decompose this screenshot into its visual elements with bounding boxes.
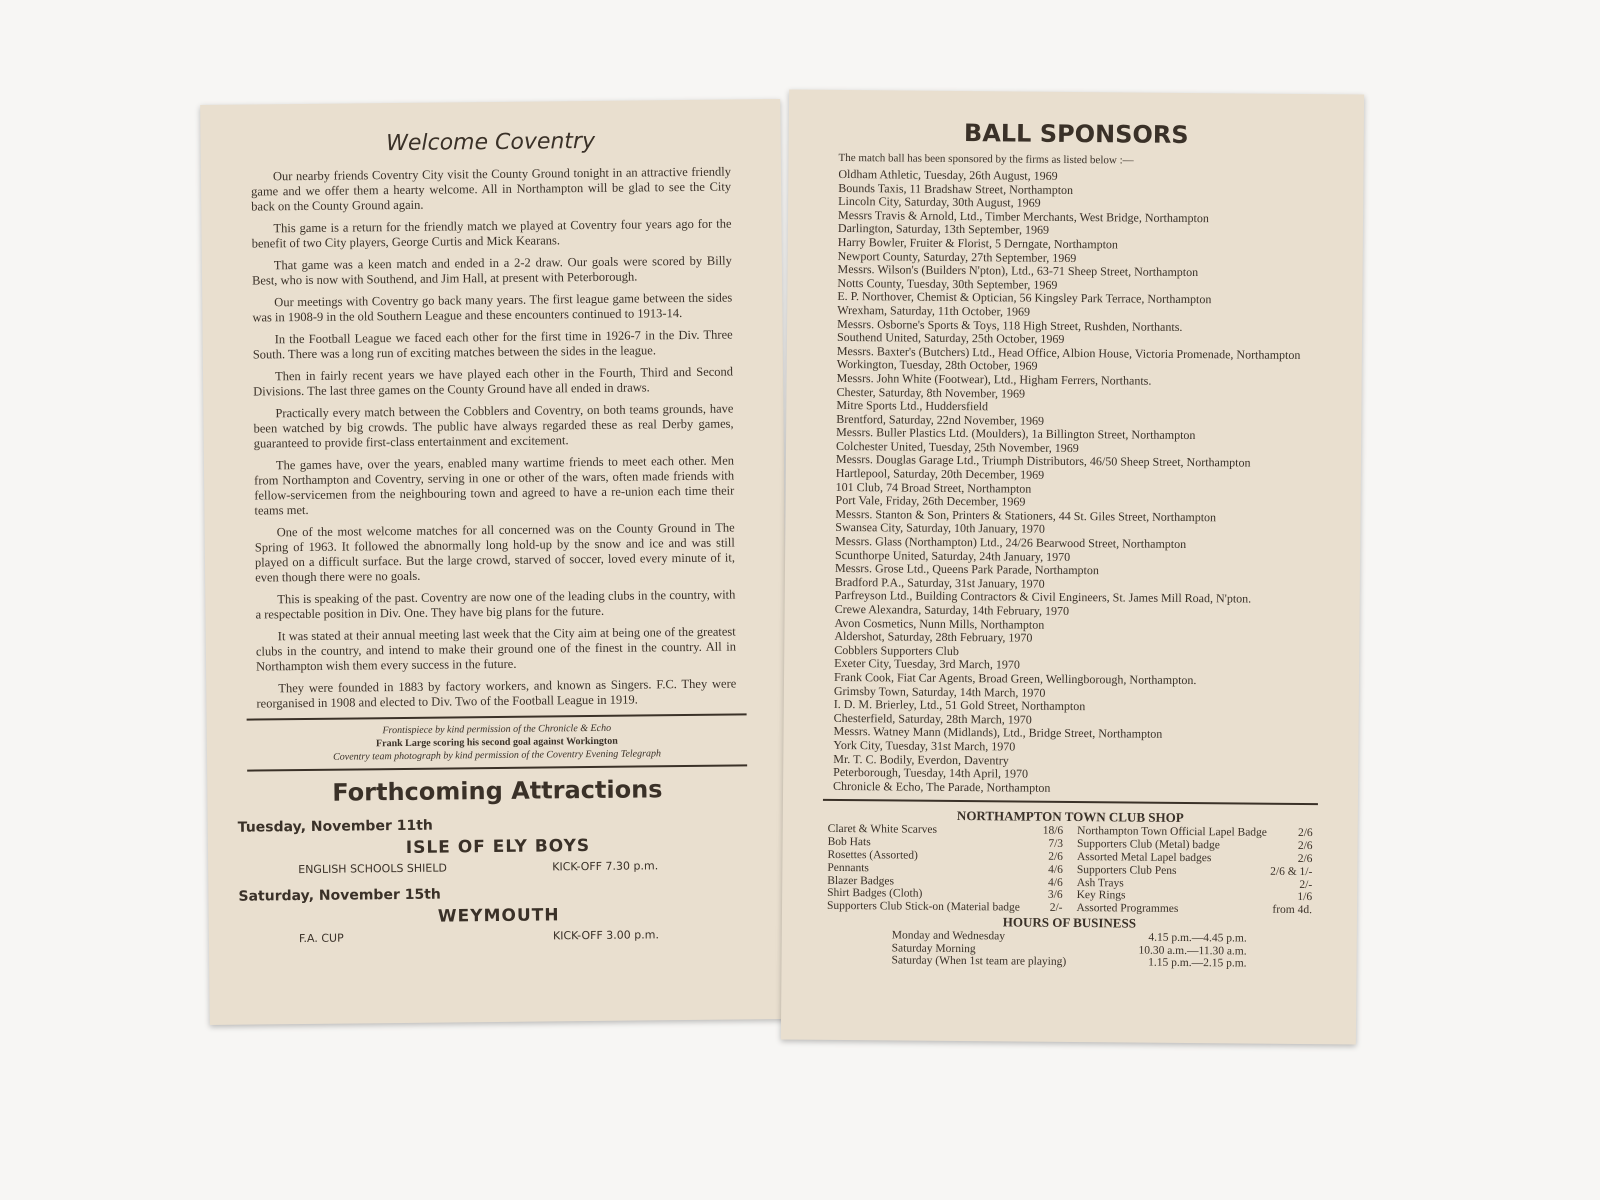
item-price: 2/6 (1298, 827, 1313, 840)
article-paragraph: Our nearby friends Coventry City visit t… (201, 164, 781, 215)
event-competition: ENGLISH SCHOOLS SHIELD (298, 862, 447, 877)
sponsor-line: Chronicle & Echo, The Parade, Northampto… (833, 780, 1308, 798)
hours-day: Saturday Morning (892, 942, 976, 956)
item-name: Supporters Club Pens (1077, 864, 1177, 878)
event-competition: F.A. CUP (299, 932, 344, 945)
item-price: 2/6 (1298, 853, 1313, 866)
sponsors-title: BALL SPONSORS (789, 118, 1364, 151)
article-paragraph: Our meetings with Coventry go back many … (202, 290, 782, 326)
hours-time: 10.30 a.m.—11.30 a.m. (1138, 944, 1246, 958)
article-paragraph: In the Football League we faced each oth… (203, 327, 783, 363)
sponsors-list: Oldham Athletic, Tuesday, 26th August, 1… (783, 168, 1363, 798)
item-name: Shirt Badges (Cloth) (827, 887, 922, 901)
event-date: Tuesday, November 11th (238, 814, 788, 836)
left-page: Welcome Coventry Our nearby friends Cove… (200, 99, 790, 1025)
item-price: 3/6 (1048, 889, 1063, 902)
item-price: 7/3 (1048, 838, 1063, 851)
item-name: Ash Trays (1077, 877, 1124, 890)
divider (247, 713, 747, 720)
article-paragraph: They were founded in 1883 by factory wor… (206, 676, 786, 712)
article-paragraph: That game was a keen match and ended in … (202, 253, 782, 289)
item-price: 2/6 (1048, 851, 1063, 864)
event-kickoff: KICK-OFF 7.30 p.m. (552, 859, 658, 873)
item-price: 4/6 (1048, 864, 1063, 877)
attractions-title: Forthcoming Attractions (207, 774, 787, 808)
divider (247, 764, 747, 771)
event-date: Saturday, November 15th (238, 883, 788, 905)
article-paragraph: Then in fairly recent years we have play… (203, 364, 783, 400)
hours-time: 4.15 p.m.—4.45 p.m. (1148, 932, 1246, 946)
item-name: Assorted Metal Lapel badges (1077, 851, 1212, 865)
item-name: Claret & White Scarves (828, 823, 937, 837)
welcome-article: Our nearby friends Coventry City visit t… (201, 164, 787, 712)
item-price: 2/- (1299, 878, 1312, 891)
hours-list: Monday and Wednesday4.15 p.m.—4.45 p.m.S… (782, 928, 1357, 971)
hours-time: 1.15 p.m.—2.15 p.m. (1148, 957, 1246, 971)
divider (823, 799, 1318, 805)
item-name: Supporters Club Stick-on (Material badge (827, 900, 1020, 914)
item-name: Key Rings (1077, 889, 1126, 902)
item-name: Blazer Badges (827, 874, 894, 887)
event-kickoff: KICK-OFF 3.00 p.m. (553, 928, 659, 942)
item-name: Pennants (827, 862, 869, 875)
event-details: F.A. CUPKICK-OFF 3.00 p.m. (209, 923, 789, 954)
hours-day: Monday and Wednesday (892, 929, 1005, 943)
article-paragraph: This game is a return for the friendly m… (201, 216, 781, 252)
photo-credits: Frontispiece by kind permission of the C… (207, 721, 787, 764)
events-list: Tuesday, November 11thISLE OF ELY BOYSEN… (208, 814, 789, 954)
item-name: Supporters Club (Metal) badge (1077, 838, 1220, 852)
event-details: ENGLISH SCHOOLS SHIELDKICK-OFF 7.30 p.m. (208, 854, 788, 885)
right-page: BALL SPONSORS The match ball has been sp… (781, 90, 1364, 1045)
article-paragraph: One of the most welcome matches for all … (205, 520, 786, 586)
item-price: 2/6 & 1/- (1270, 865, 1312, 878)
sponsors-intro: The match ball has been sponsored by the… (789, 152, 1364, 169)
article-paragraph: It was stated at their annual meeting la… (206, 624, 786, 675)
item-name: Assorted Programmes (1076, 902, 1178, 916)
article-paragraph: Practically every match between the Cobb… (203, 401, 783, 452)
item-price: 1/6 (1297, 891, 1312, 904)
item-price: 18/6 (1043, 825, 1064, 838)
article-paragraph: The games have, over the years, enabled … (204, 453, 785, 519)
item-price: from 4d. (1272, 904, 1312, 917)
shop-price-list: Claret & White Scarves18/6Bob Hats7/3Ros… (782, 823, 1358, 918)
article-paragraph: This is speaking of the past. Coventry a… (205, 587, 785, 623)
hours-row: Saturday (When 1st team are playing)1.15… (891, 955, 1246, 971)
item-price: 2/- (1050, 902, 1063, 915)
shop-item: Supporters Club Stick-on (Material badge… (827, 900, 1063, 915)
item-price: 2/6 (1298, 840, 1313, 853)
welcome-title: Welcome Coventry (200, 127, 780, 158)
hours-day: Saturday (When 1st team are playing) (891, 955, 1066, 969)
item-name: Rosettes (Assorted) (827, 849, 917, 863)
item-price: 4/6 (1048, 876, 1063, 889)
item-name: Bob Hats (828, 836, 871, 849)
